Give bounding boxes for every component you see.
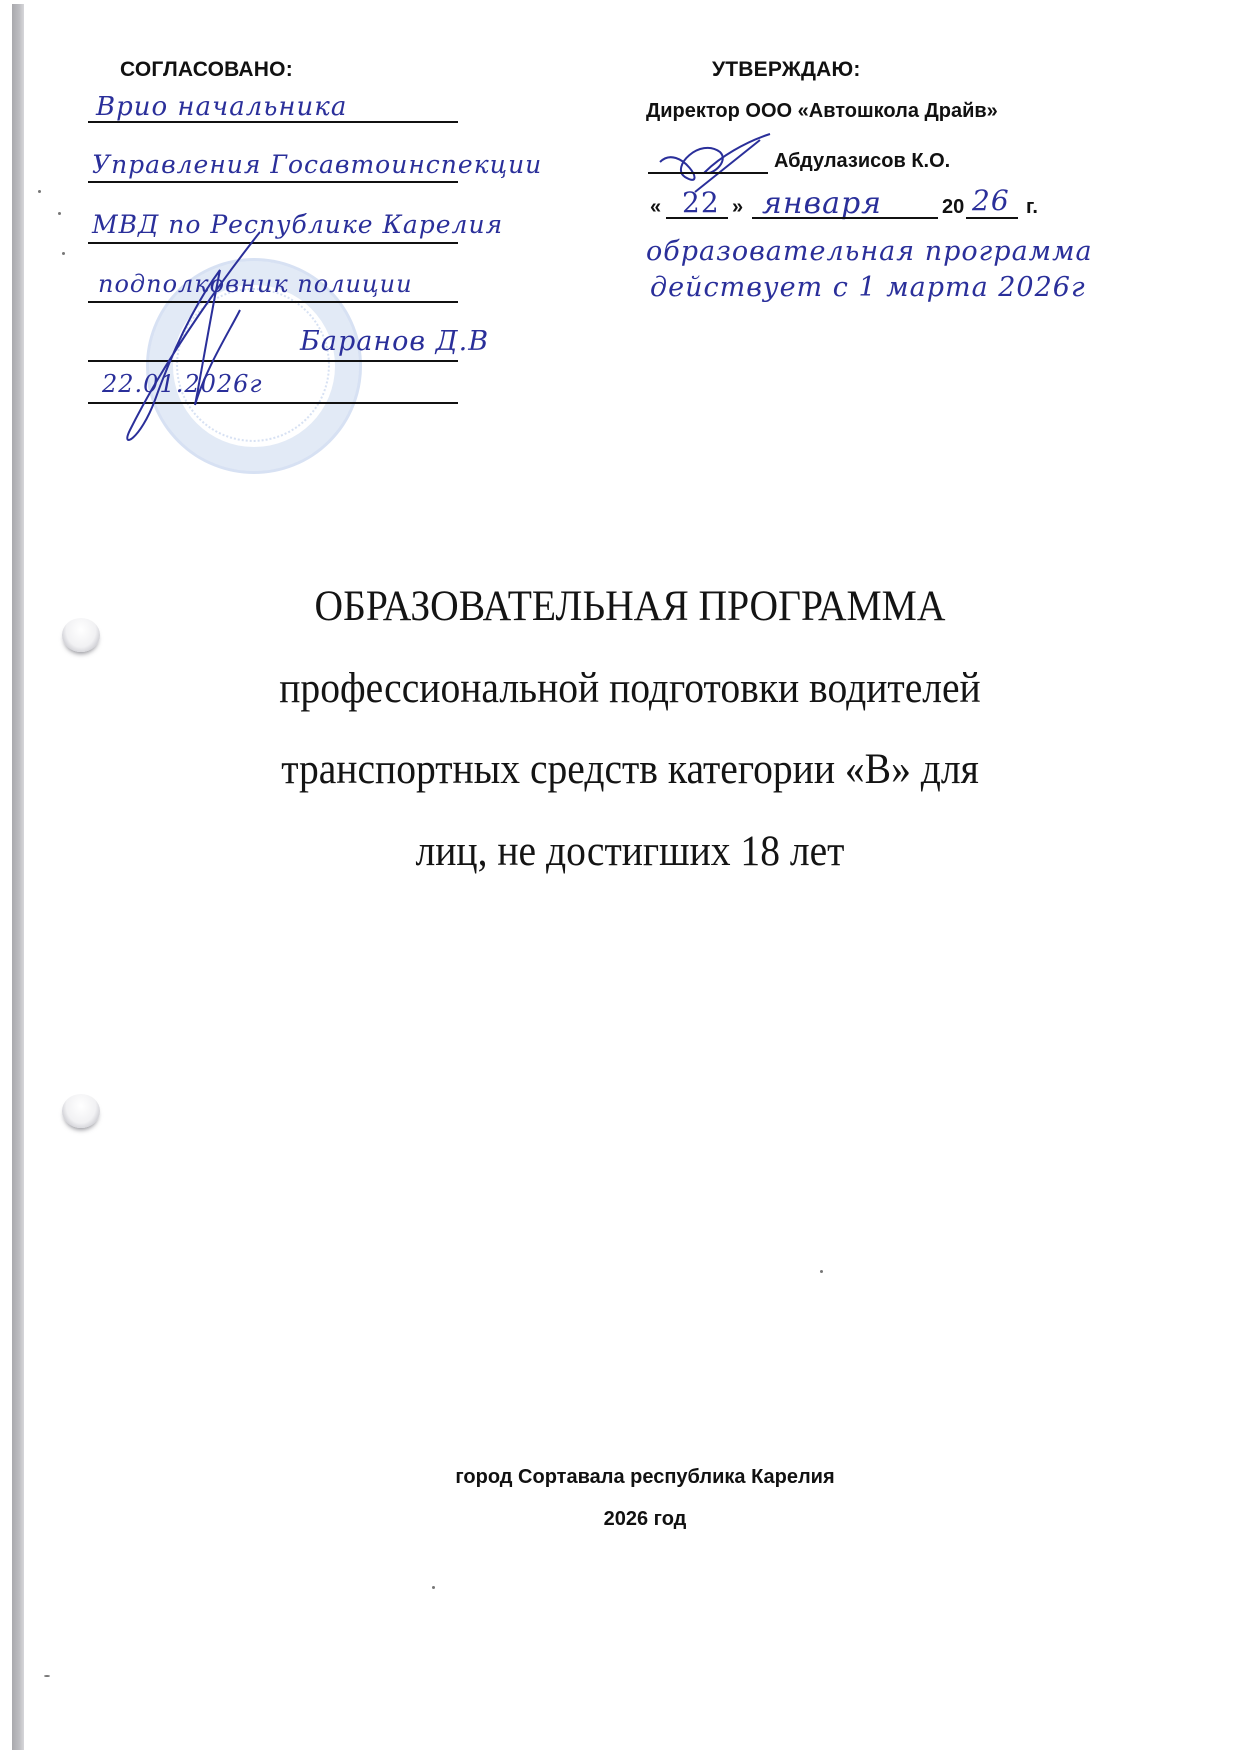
handwritten-line-1: Врио начальника [96, 92, 347, 122]
date-year-unit: г. [1026, 196, 1038, 219]
title-line-1: ОБРАЗОВАТЕЛЬНАЯ ПРОГРАММА [170, 582, 1090, 631]
director-position: Директор ООО «Автошкола Драйв» [646, 100, 998, 123]
date-month-rule [752, 217, 938, 219]
signature-rule [88, 121, 458, 123]
date-year-suffix: 26 [972, 184, 1010, 217]
scan-speck [62, 252, 65, 255]
scan-speck [38, 190, 41, 193]
punch-hole-top [62, 618, 100, 652]
scan-speck [432, 1586, 435, 1589]
punch-hole-bottom [62, 1094, 100, 1128]
approved-heading: УТВЕРЖДАЮ: [712, 58, 861, 82]
footer-year: 2026 год [0, 1508, 1240, 1531]
footer-place: город Сортавала республика Карелия [0, 1466, 1240, 1489]
scan-speck [44, 1675, 50, 1677]
handwritten-note-line-1: образовательная программа [646, 236, 1093, 267]
agreed-heading: СОГЛАСОВАНО: [120, 58, 293, 82]
date-month: января [762, 186, 882, 221]
director-name: Абдулазисов К.О. [774, 150, 950, 173]
date-close-quote: » [732, 196, 743, 219]
director-signature-rule [648, 172, 768, 174]
handwritten-note-line-2: действует с 1 марта 2026г [650, 272, 1086, 303]
title-line-4: лиц, не достигших 18 лет [170, 827, 1090, 876]
date-day-rule [666, 217, 728, 219]
scan-speck [58, 212, 61, 215]
date-day: 22 [682, 186, 720, 219]
date-open-quote: « [650, 196, 661, 219]
signature-rule [88, 181, 458, 183]
title-line-2: профессиональной подготовки водителей [170, 664, 1090, 713]
scan-speck [820, 1270, 823, 1273]
title-line-3: транспортных средств категории «В» для [170, 745, 1090, 794]
signature-mark-left [110, 230, 270, 450]
handwritten-line-2: Управления Госавтоинспекции [92, 150, 542, 179]
date-year-rule [966, 217, 1018, 219]
handwritten-signatory-name: Баранов Д.В [300, 326, 489, 357]
date-year-prefix: 20 [942, 196, 964, 219]
